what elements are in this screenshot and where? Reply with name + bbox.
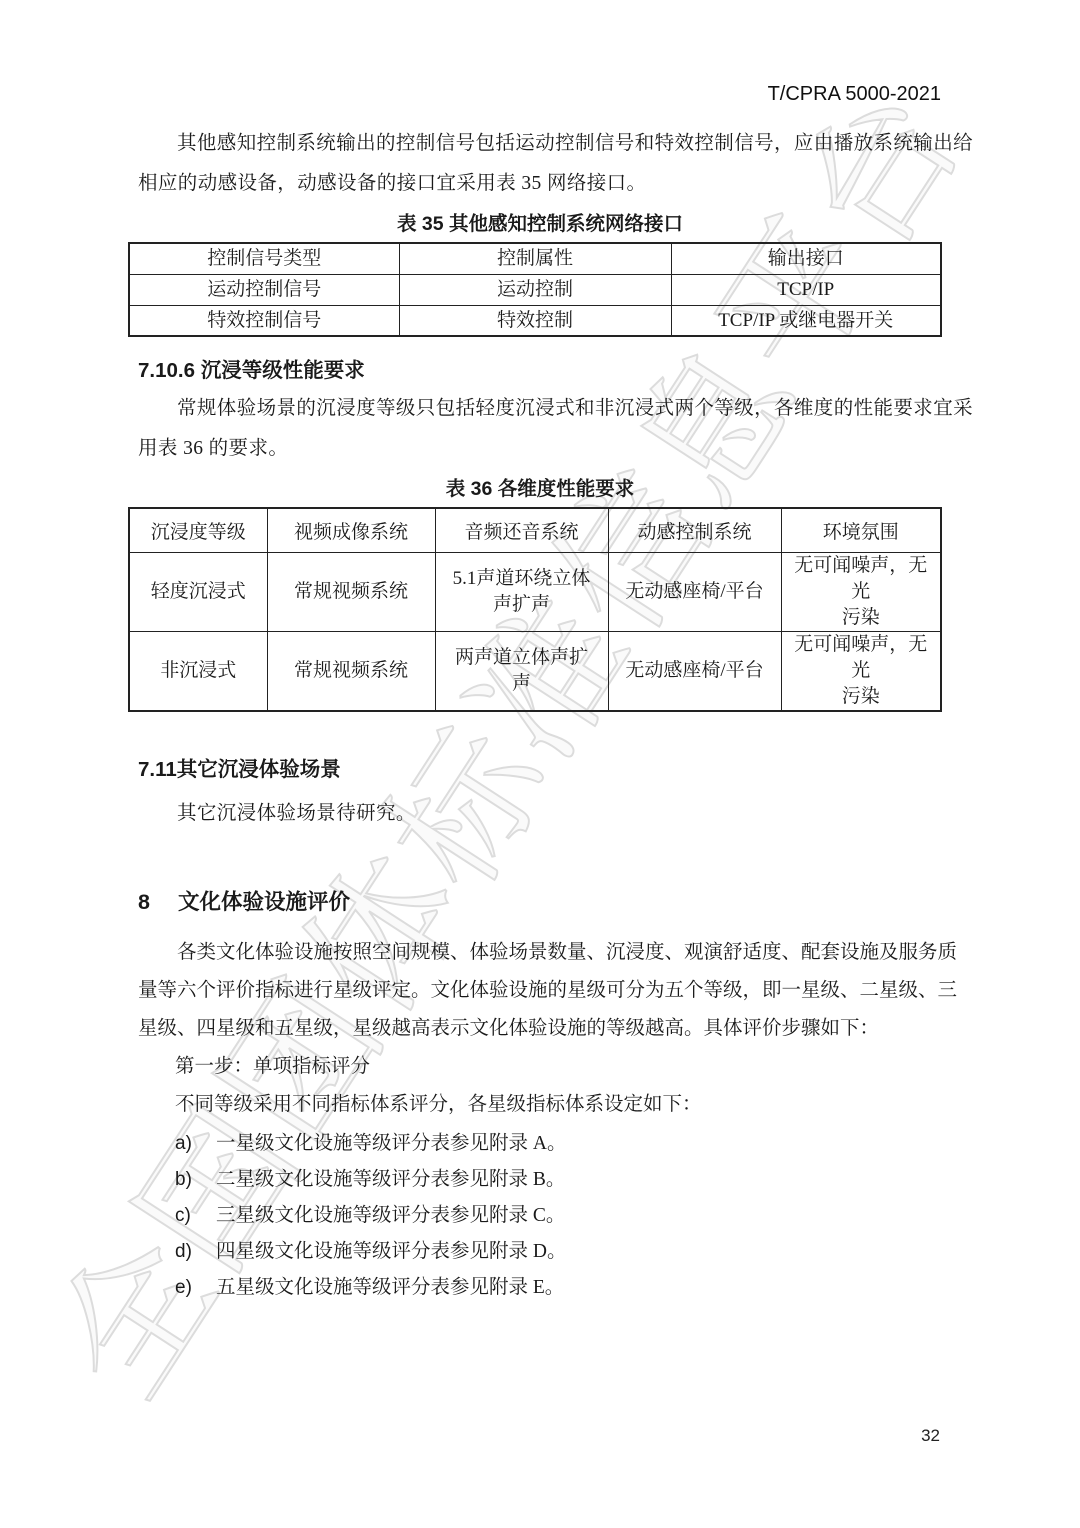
section-title: 文化体验设施评价: [178, 890, 350, 914]
document-page: 全国团体标准信息平台 T/CPRA 5000-2021 其他感知控制系统输出的控…: [0, 0, 1080, 1528]
paragraph-line: 常规体验场景的沉浸度等级只包括轻度沉浸式和非沉浸式两个等级，各维度的性能要求宜采: [138, 389, 942, 429]
table-cell: 非沉浸式: [129, 631, 267, 711]
paragraph-line: 各类文化体验设施按照空间规模、体验场景数量、沉浸度、观演舒适度、配套设施及服务质: [138, 934, 942, 972]
section-7-10-6-paragraph: 常规体验场景的沉浸度等级只包括轻度沉浸式和非沉浸式两个等级，各维度的性能要求宜采…: [138, 389, 942, 469]
table-cell: 无可闻噪声，无光 污染: [781, 631, 941, 711]
list-item: e) 五星级文化设施等级评分表参见附录 E。: [175, 1270, 942, 1306]
list-item: b) 二星级文化设施等级评分表参见附录 B。: [175, 1162, 942, 1198]
section-number: 8: [138, 886, 178, 918]
table-cell: 常规视频系统: [267, 552, 435, 631]
table-cell: 无动感座椅/平台: [608, 631, 781, 711]
paragraph-line: 星级、四星级和五星级，星级越高表示文化体验设施的等级越高。具体评价步骤如下：: [138, 1010, 942, 1048]
column-header: 环境氛围: [781, 508, 941, 552]
list-item: a) 一星级文化设施等级评分表参见附录 A。: [175, 1126, 942, 1162]
table-cell: TCP/IP: [671, 274, 941, 305]
paragraph-line: 用表 36 的要求。: [138, 429, 942, 469]
intro-paragraph-line: 其他感知控制系统输出的控制信号包括运动控制信号和特效控制信号，应由播放系统输出给: [138, 124, 942, 164]
table-row: 运动控制信号 运动控制 TCP/IP: [129, 274, 941, 305]
table-header-row: 沉浸度等级 视频成像系统 音频还音系统 动感控制系统 环境氛围: [129, 508, 941, 552]
appendix-list: a) 一星级文化设施等级评分表参见附录 A。 b) 二星级文化设施等级评分表参见…: [138, 1126, 942, 1306]
table-cell: 运动控制信号: [129, 274, 399, 305]
list-marker: a): [175, 1126, 216, 1162]
table-row: 非沉浸式 常规视频系统 两声道立体声扩 声 无动感座椅/平台 无可闻噪声，无光 …: [129, 631, 941, 711]
page-number: 32: [921, 1426, 940, 1446]
table35: 控制信号类型 控制属性 输出接口 运动控制信号 运动控制 TCP/IP 特效控制…: [128, 242, 942, 337]
table-cell: 特效控制信号: [129, 305, 399, 336]
section-heading-7-11: 7.11其它沉浸体验场景: [138, 756, 942, 784]
list-item-text: 一星级文化设施等级评分表参见附录 A。: [216, 1126, 566, 1162]
list-item: d) 四星级文化设施等级评分表参见附录 D。: [175, 1234, 942, 1270]
section-7-11-paragraph: 其它沉浸体验场景待研究。: [138, 794, 942, 834]
table-cell: 特效控制: [399, 305, 671, 336]
list-item-text: 五星级文化设施等级评分表参见附录 E。: [216, 1270, 564, 1306]
sub-line: 不同等级采用不同指标体系评分，各星级指标体系设定如下：: [138, 1086, 942, 1124]
column-header: 控制信号类型: [129, 243, 399, 274]
column-header: 控制属性: [399, 243, 671, 274]
table-cell: 运动控制: [399, 274, 671, 305]
table-row: 轻度沉浸式 常规视频系统 5.1声道环绕立体 声扩声 无动感座椅/平台 无可闻噪…: [129, 552, 941, 631]
paragraph-line: 其它沉浸体验场景待研究。: [138, 794, 942, 834]
table-cell: 轻度沉浸式: [129, 552, 267, 631]
column-header: 视频成像系统: [267, 508, 435, 552]
section-heading-7-10-6: 7.10.6 沉浸等级性能要求: [138, 357, 942, 385]
doc-code: T/CPRA 5000-2021: [768, 83, 941, 106]
column-header: 动感控制系统: [608, 508, 781, 552]
list-marker: d): [175, 1234, 216, 1270]
table-header-row: 控制信号类型 控制属性 输出接口: [129, 243, 941, 274]
page-content: 其他感知控制系统输出的控制信号包括运动控制信号和特效控制信号，应由播放系统输出给…: [0, 0, 1080, 1306]
list-marker: b): [175, 1162, 216, 1198]
section-heading-8: 8文化体验设施评价: [138, 886, 942, 918]
table35-caption: 表 35 其他感知控制系统网络接口: [138, 210, 942, 238]
list-item-text: 四星级文化设施等级评分表参见附录 D。: [216, 1234, 566, 1270]
intro-paragraph-line: 相应的动感设备，动感设备的接口宜采用表 35 网络接口。: [138, 164, 942, 204]
list-item-text: 三星级文化设施等级评分表参见附录 C。: [216, 1198, 565, 1234]
column-header: 输出接口: [671, 243, 941, 274]
table-row: 特效控制信号 特效控制 TCP/IP 或继电器开关: [129, 305, 941, 336]
list-marker: e): [175, 1270, 216, 1306]
column-header: 沉浸度等级: [129, 508, 267, 552]
table-cell: 两声道立体声扩 声: [435, 631, 608, 711]
step-line: 第一步：单项指标评分: [138, 1048, 942, 1086]
paragraph-line: 量等六个评价指标进行星级评定。文化体验设施的星级可分为五个等级，即一星级、二星级…: [138, 972, 942, 1010]
table36: 沉浸度等级 视频成像系统 音频还音系统 动感控制系统 环境氛围 轻度沉浸式 常规…: [128, 507, 942, 712]
table-cell: 无可闻噪声，无光 污染: [781, 552, 941, 631]
table-cell: 常规视频系统: [267, 631, 435, 711]
table-cell: 无动感座椅/平台: [608, 552, 781, 631]
section-8-paragraph: 各类文化体验设施按照空间规模、体验场景数量、沉浸度、观演舒适度、配套设施及服务质…: [138, 934, 942, 1124]
column-header: 音频还音系统: [435, 508, 608, 552]
list-marker: c): [175, 1198, 216, 1234]
list-item-text: 二星级文化设施等级评分表参见附录 B。: [216, 1162, 565, 1198]
table-cell: TCP/IP 或继电器开关: [671, 305, 941, 336]
table36-caption: 表 36 各维度性能要求: [138, 475, 942, 503]
list-item: c) 三星级文化设施等级评分表参见附录 C。: [175, 1198, 942, 1234]
table-cell: 5.1声道环绕立体 声扩声: [435, 552, 608, 631]
